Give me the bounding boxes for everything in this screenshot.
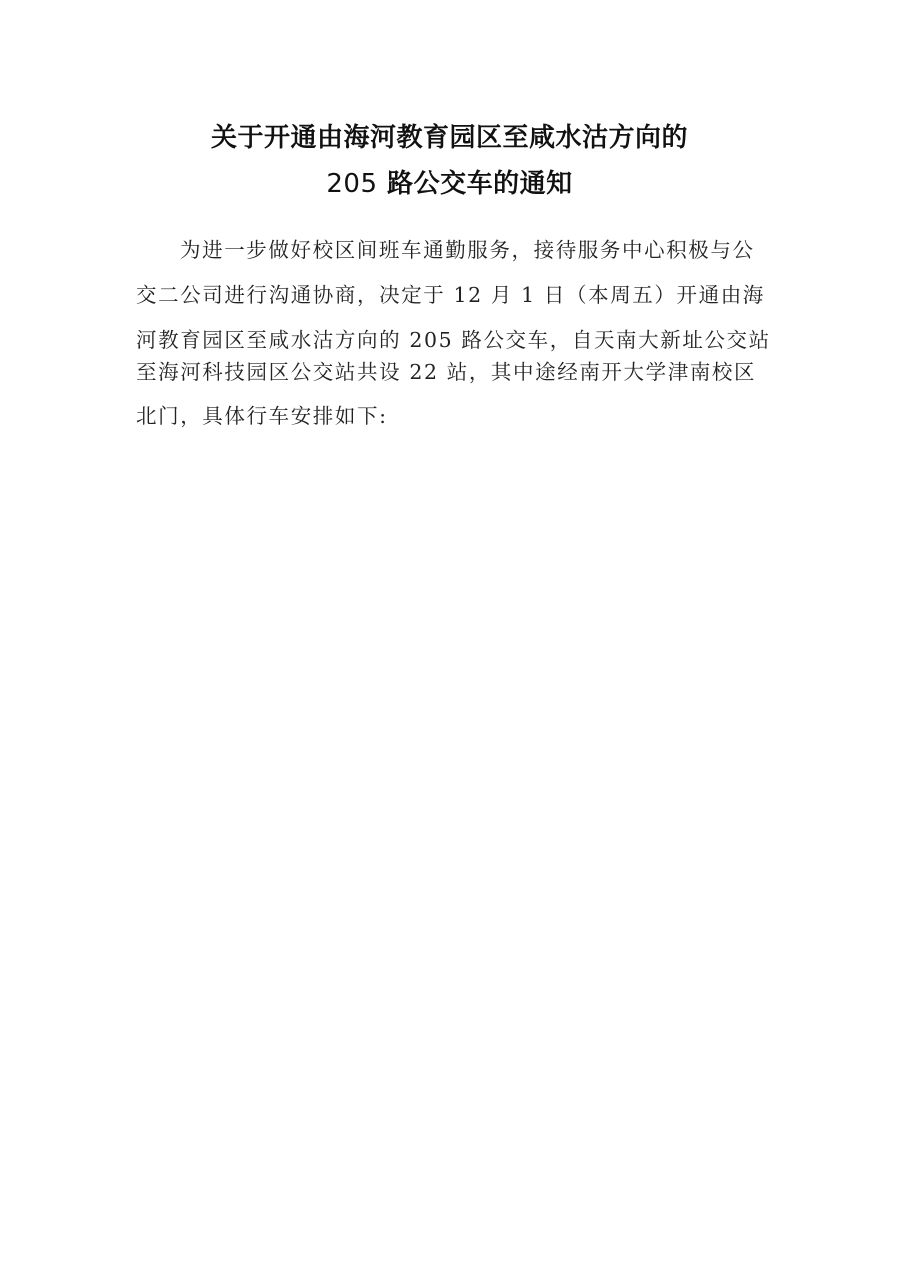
notice-title-line-2-text: 路公交车的通知 (378, 169, 573, 199)
route-number: 205 (326, 169, 377, 199)
notice-title-line-1: 关于开通由海河教育园区至咸水沽方向的 (0, 117, 899, 154)
paragraph-line: 河教育园区至咸水沽方向的 205 路公交车，自天南大新址公交站 (136, 323, 771, 353)
notice-title-line-2: 205 路公交车的通知 (0, 163, 899, 200)
paragraph-line: 至海河科技园区公交站共设 22 站，其中途经南开大学津南校区 (136, 355, 756, 385)
paragraph-line: 北门，具体行车安排如下: (136, 399, 388, 429)
paragraph-line: 交二公司进行沟通协商，决定于 12 月 1 日（本周五）开通由海 (136, 278, 765, 308)
paragraph-line: 为进一步做好校区间班车通勤服务，接待服务中心积极与公 (180, 233, 755, 263)
document-page: 关于开通由海河教育园区至咸水沽方向的 205 路公交车的通知 为进一步做好校区间… (0, 0, 899, 1272)
